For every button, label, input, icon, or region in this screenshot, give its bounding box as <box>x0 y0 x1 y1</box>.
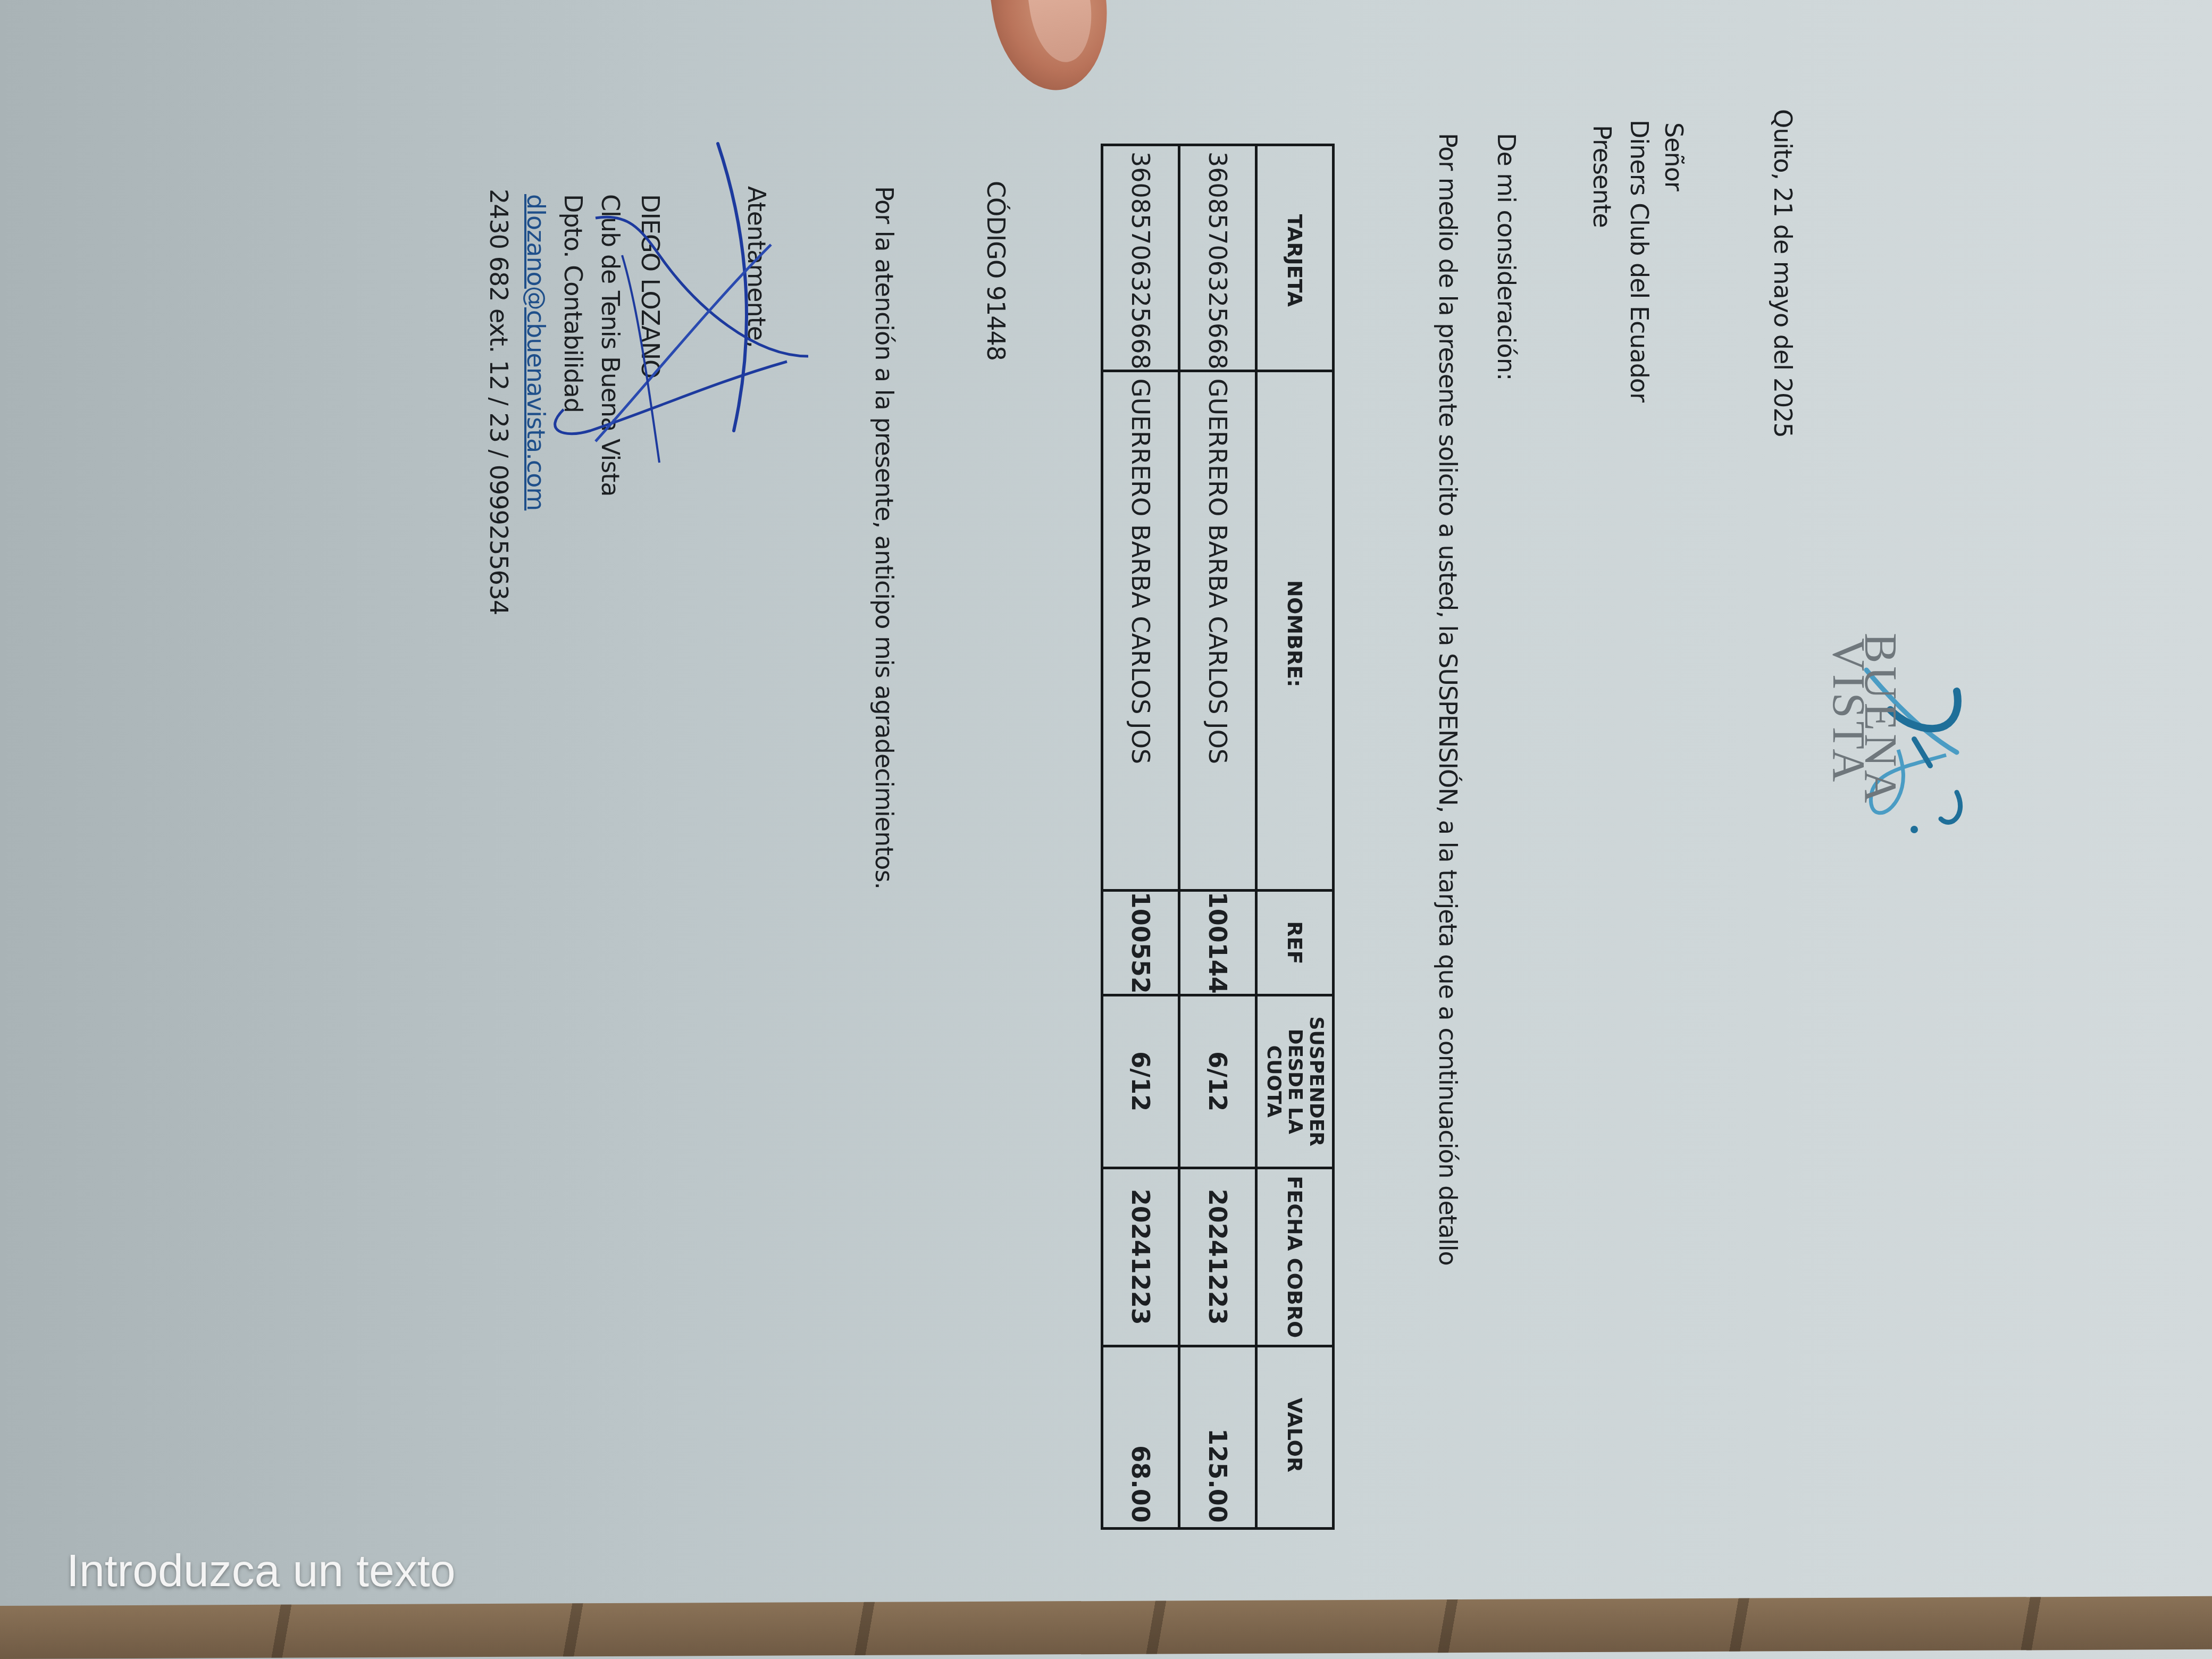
recipient-organization: Diners Club del Ecuador <box>1625 120 1654 402</box>
cell-nombre: GUERRERO BARBA CARLOS JOS <box>1179 371 1256 890</box>
cell-valor: 68.00 <box>1102 1346 1179 1528</box>
text-input-placeholder[interactable]: Introduzca un texto <box>66 1545 455 1597</box>
suspension-table: TARJETA NOMBRE: REF SUSPENDER DESDE LA C… <box>1101 144 1335 1530</box>
logo-word-vista: VISTA <box>1826 638 1872 785</box>
buena-vista-logo: BUENA VISTA <box>1819 627 1978 851</box>
header-suspender: SUSPENDER DESDE LA CUOTA <box>1256 995 1334 1168</box>
handwritten-signature <box>500 133 819 665</box>
table-header-row: TARJETA NOMBRE: REF SUSPENDER DESDE LA C… <box>1256 145 1334 1529</box>
cell-tarjeta: 36085706325668 <box>1102 145 1179 371</box>
header-tarjeta: TARJETA <box>1256 145 1334 371</box>
cell-fecha-cobro: 20241223 <box>1179 1168 1256 1346</box>
recipient-title: Señor <box>1660 122 1688 191</box>
table-row: 36085706325668 GUERRERO BARBA CARLOS JOS… <box>1102 145 1179 1529</box>
recipient-presente: Presente <box>1588 125 1616 228</box>
header-suspender-line-1: SUSPENDER <box>1305 996 1327 1167</box>
date-line: Quito, 21 de mayo del 2025 <box>1769 109 1797 438</box>
cell-ref: 100552 <box>1102 890 1179 995</box>
code-line: CÓDIGO 91448 <box>982 181 1010 361</box>
closing-thanks: Por la atención a la presente, anticipo … <box>870 186 899 889</box>
cell-nombre: GUERRERO BARBA CARLOS JOS <box>1102 371 1179 890</box>
table-row: 36085706325668 GUERRERO BARBA CARLOS JOS… <box>1179 145 1256 1529</box>
body-paragraph: Por medio de la presente solicito a uste… <box>1434 133 1462 1266</box>
cell-tarjeta: 36085706325668 <box>1179 145 1256 371</box>
header-valor: VALOR <box>1256 1346 1334 1528</box>
header-suspender-line-2: DESDE LA <box>1284 996 1305 1167</box>
header-ref: REF <box>1256 890 1334 995</box>
cell-ref: 100144 <box>1179 890 1256 995</box>
header-fecha-cobro: FECHA COBRO <box>1256 1168 1334 1346</box>
header-nombre: NOMBRE: <box>1256 371 1334 890</box>
cell-valor: 125.00 <box>1179 1346 1256 1528</box>
cell-suspender: 6/12 <box>1179 995 1256 1168</box>
header-suspender-line-3: CUOTA <box>1263 996 1284 1167</box>
cell-fecha-cobro: 20241223 <box>1102 1168 1179 1346</box>
greeting: De mi consideración: <box>1492 133 1521 380</box>
cell-suspender: 6/12 <box>1102 995 1179 1168</box>
letter-page: BUENA VISTA Quito, 21 de mayo del 2025 S… <box>0 0 2212 1659</box>
